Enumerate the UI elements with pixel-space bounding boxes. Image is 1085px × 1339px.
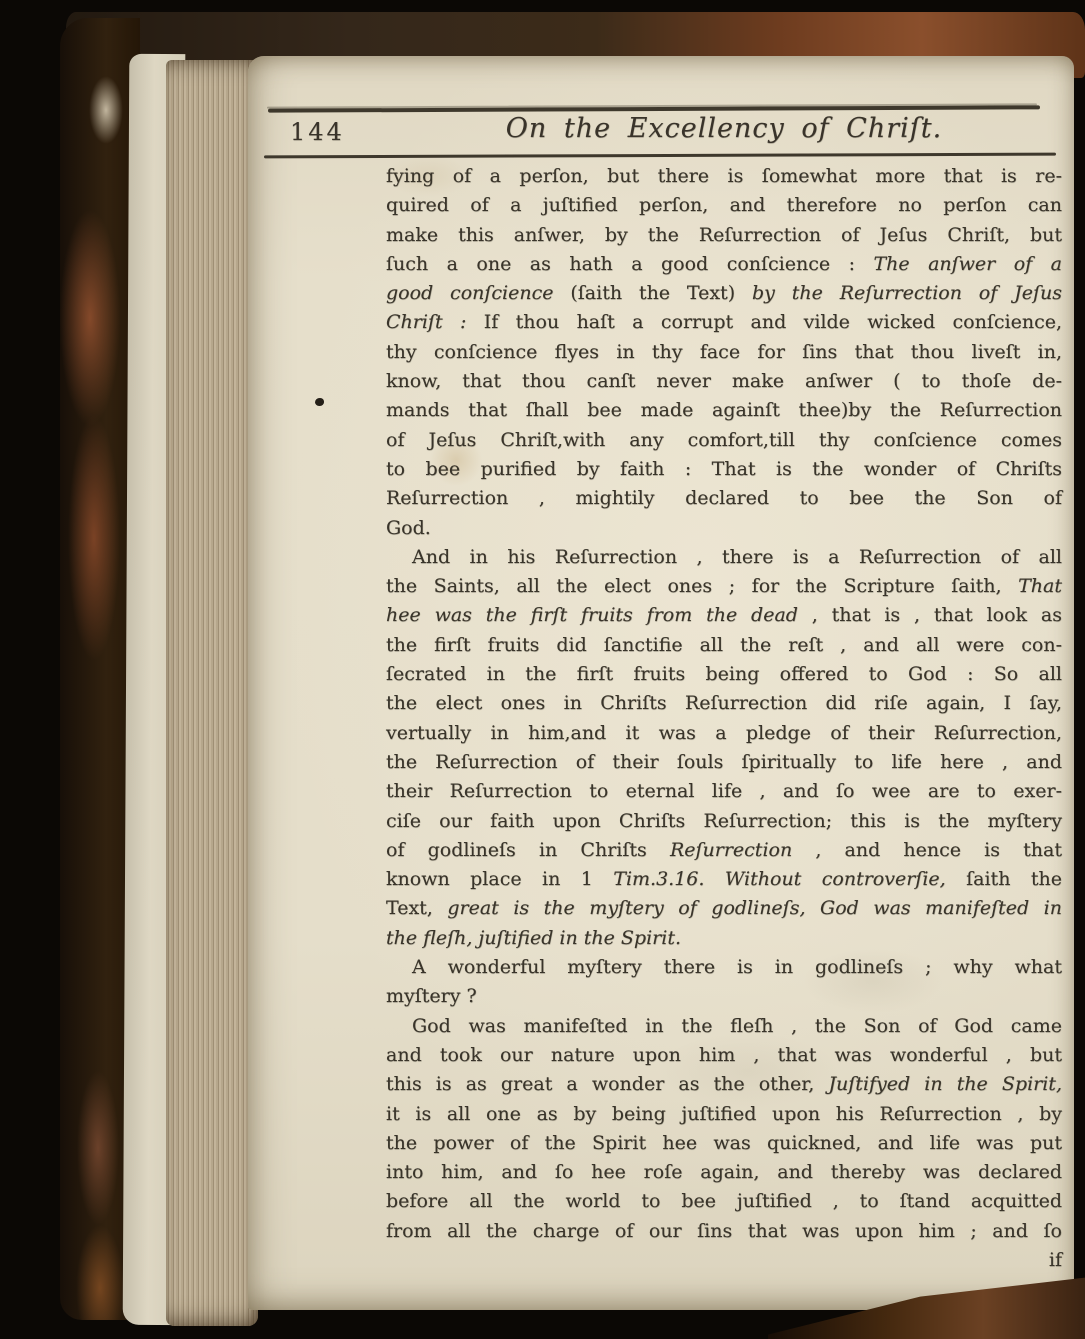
ink-spot (315, 398, 324, 406)
text-line: known place in 1 Tim.3.16. Without contr… (386, 865, 1062, 894)
text-line: into him, and ſo hee roſe again, and the… (386, 1158, 1062, 1187)
text-line: And in his Reſurrection , there is a Reſ… (386, 543, 1062, 572)
text-segment: ſaith the (946, 868, 1062, 890)
text-line: Text, great is the myſtery of godlineſs,… (386, 894, 1062, 923)
text-line: know, that thou canſt never make anſwer … (386, 367, 1062, 396)
text-segment: ciſe our faith upon Chriſts Reſurrection… (386, 810, 1062, 832)
text-line: ſuch a one as hath a good conſcience : T… (386, 250, 1062, 279)
text-segment: and took our nature upon him , that was … (386, 1044, 1062, 1066)
italic-text-segment: Chriſt : (386, 311, 484, 333)
header-rule-top (268, 105, 1040, 112)
text-segment: of godlineſs in Chriſts (386, 839, 670, 861)
text-line: this is as great a wonder as the other, … (386, 1070, 1062, 1099)
text-line: ſecrated in the firſt fruits being offer… (386, 660, 1062, 689)
text-segment: from all the charge of our ſins that was… (386, 1220, 1062, 1242)
text-segment: their Reſurrection to eternal life , and… (386, 780, 1062, 802)
page-number: 144 (290, 118, 345, 146)
text-line: myſtery ? (386, 982, 1062, 1011)
text-line: Reſurrection , mightily declared to bee … (386, 484, 1062, 513)
text-line: hee was the firſt fruits from the dead ,… (386, 601, 1062, 630)
text-line: the Reſurrection of their ſouls ſpiritua… (386, 748, 1062, 777)
italic-text-segment: hee was the firſt fruits from the dead (386, 604, 798, 626)
text-segment: Text, (386, 897, 447, 919)
text-line: fying of a perſon, but there is ſomewhat… (386, 162, 1062, 191)
text-line: the elect ones in Chriſts Reſurrection d… (386, 689, 1062, 718)
italic-text-segment: the fleſh, juſtified in the Spirit. (386, 927, 681, 949)
text-segment: before all the world to bee juſtified , … (386, 1190, 1062, 1212)
text-segment: this is as great a wonder as the other, (386, 1073, 828, 1095)
text-line: the fleſh, juſtified in the Spirit. (386, 924, 1062, 953)
italic-text-segment: great is the myſtery of godlineſs, God w… (447, 897, 1062, 919)
text-line: mands that ſhall bee made againſt thee)b… (386, 396, 1062, 425)
text-segment: (ſaith the Text) (570, 282, 752, 304)
text-line: to bee purified by faith : That is the w… (386, 455, 1062, 484)
text-segment: And in his Reſurrection , there is a Reſ… (412, 546, 1062, 568)
text-segment: fying of a perſon, but there is ſomewhat… (386, 165, 1062, 187)
text-line: make this anſwer, by the Reſurrection of… (386, 221, 1062, 250)
text-segment: know, that thou canſt never make anſwer … (386, 370, 1062, 392)
text-segment: the firſt fruits did ſanctifie all the r… (386, 634, 1062, 656)
text-line: and took our nature upon him , that was … (386, 1041, 1062, 1070)
text-line: A wonderful myſtery there is in godlineſ… (386, 953, 1062, 982)
text-segment: it is all one as by being juſtified upon… (386, 1103, 1062, 1125)
text-line: thy conſcience flyes in thy face for ſin… (386, 338, 1062, 367)
text-line: of Jeſus Chriſt,with any comfort,till th… (386, 426, 1062, 455)
text-line: vertually in him,and it was a pledge of … (386, 719, 1062, 748)
text-segment: of Jeſus Chriſt,with any comfort,till th… (386, 429, 1062, 451)
text-segment: known place in 1 (386, 868, 613, 890)
text-line: their Reſurrection to eternal life , and… (386, 777, 1062, 806)
text-segment: , and hence is that (792, 839, 1062, 861)
text-line: of godlineſs in Chriſts Reſurrection , a… (386, 836, 1062, 865)
text-segment: make this anſwer, by the Reſurrection of… (386, 224, 1062, 246)
text-line: good conſcience (ſaith the Text) by the … (386, 279, 1062, 308)
text-line: the power of the Spirit hee was quickned… (386, 1129, 1062, 1158)
book-scan-scene: 144 On the Excellency of Chriſt. fying o… (0, 0, 1085, 1339)
italic-text-segment: Tim.3.16. Without controverſie, (613, 868, 945, 890)
text-segment: A wonderful myſtery there is in godlineſ… (412, 956, 1062, 978)
text-segment: ſuch a one as hath a good conſcience : (386, 253, 873, 275)
text-segment: the Reſurrection of their ſouls ſpiritua… (386, 751, 1062, 773)
text-line: it is all one as by being juſtified upon… (386, 1100, 1062, 1129)
text-line: before all the world to bee juſtified , … (386, 1187, 1062, 1216)
text-segment: Reſurrection , mightily declared to bee … (386, 487, 1062, 509)
text-segment: quired of a juſtified perſon, and theref… (386, 194, 1062, 216)
italic-text-segment: Reſurrection (670, 839, 792, 861)
book-page: 144 On the Excellency of Chriſt. fying o… (248, 56, 1074, 1310)
text-segment: If thou haſt a corrupt and vilde wicked … (484, 311, 1062, 333)
text-segment: ſecrated in the firſt fruits being offer… (386, 663, 1062, 685)
text-segment: to bee purified by faith : That is the w… (386, 458, 1062, 480)
italic-text-segment: by the Reſurrection of Jeſus (752, 282, 1062, 304)
text-segment: the elect ones in Chriſts Reſurrection d… (386, 692, 1062, 714)
italic-text-segment: Juſtifyed in the Spirit, (828, 1073, 1062, 1095)
text-line: from all the charge of our ſins that was… (386, 1217, 1062, 1246)
text-line: God was manifeſted in the fleſh , the So… (386, 1012, 1062, 1041)
italic-text-segment: That (1018, 575, 1062, 597)
text-line: the Saints, all the elect ones ; for the… (386, 572, 1062, 601)
header-rule-bottom (264, 153, 1056, 159)
page-fore-edges (166, 60, 258, 1326)
italic-text-segment: good conſcience (386, 282, 570, 304)
text-line: Chriſt : If thou haſt a corrupt and vild… (386, 308, 1062, 337)
text-segment: the power of the Spirit hee was quickned… (386, 1132, 1062, 1154)
text-segment: myſtery ? (386, 985, 477, 1007)
text-segment: thy conſcience flyes in thy face for ſin… (386, 341, 1062, 363)
text-segment: mands that ſhall bee made againſt thee)b… (386, 399, 1062, 421)
text-block: fying of a perſon, but there is ſomewhat… (386, 162, 1062, 1275)
text-line: quired of a juſtified perſon, and theref… (386, 191, 1062, 220)
italic-text-segment: The anſwer of a (873, 253, 1062, 275)
text-line: the firſt fruits did ſanctifie all the r… (386, 631, 1062, 660)
text-segment: the Saints, all the elect ones ; for the… (386, 575, 1018, 597)
running-title: On the Excellency of Chriſt. (386, 113, 1062, 144)
text-line: God. (386, 514, 1062, 543)
catchword: if (386, 1246, 1062, 1275)
text-line: ciſe our faith upon Chriſts Reſurrection… (386, 807, 1062, 836)
text-segment: God. (386, 517, 431, 539)
text-segment: vertually in him,and it was a pledge of … (386, 722, 1062, 744)
text-segment: God was manifeſted in the fleſh , the So… (412, 1015, 1062, 1037)
text-segment: into him, and ſo hee roſe again, and the… (386, 1161, 1062, 1183)
text-segment: , that is , that look as (798, 604, 1062, 626)
